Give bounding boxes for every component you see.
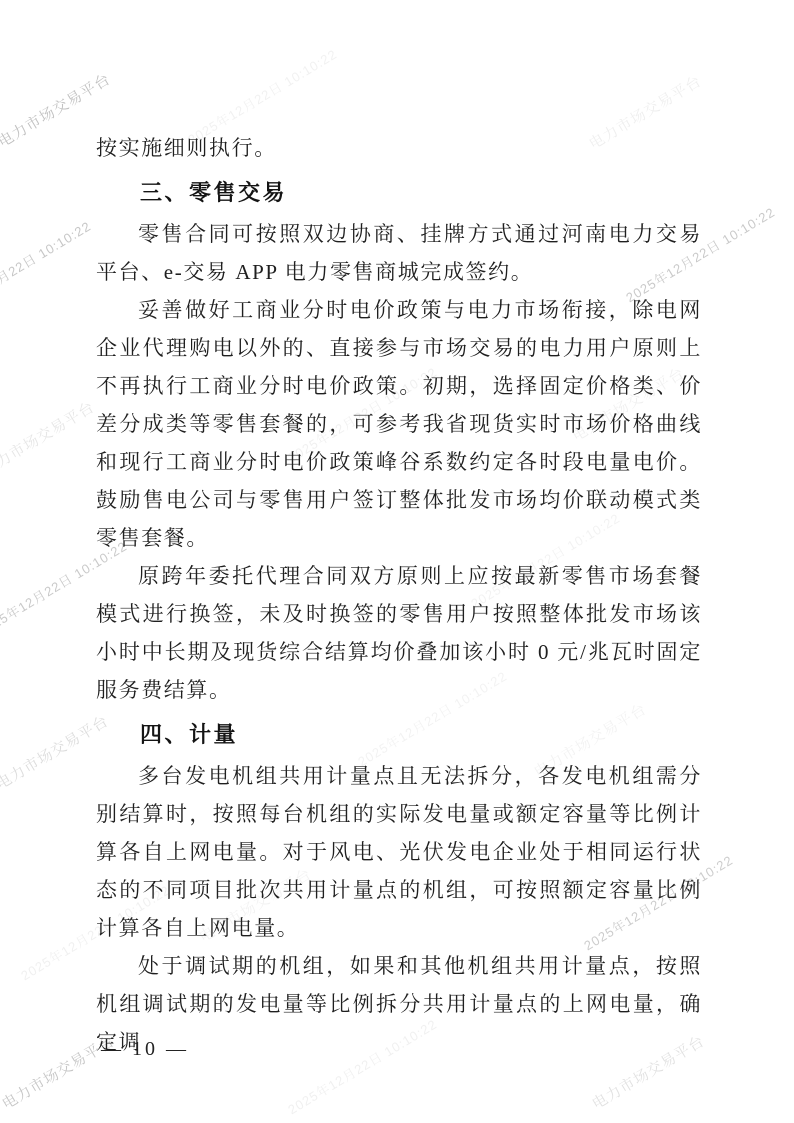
page-number: — 10 — <box>101 1038 189 1061</box>
section-heading: 三、零售交易 <box>96 174 702 212</box>
paragraph: 多台发电机组共用计量点且无法拆分，各发电机组需分别结算时，按照每台机组的实际发电… <box>96 757 702 947</box>
paragraph: 按实施细则执行。 <box>96 129 702 167</box>
paragraph: 零售合同可按照双边协商、挂牌方式通过河南电力交易平台、e-交易 APP 电力零售… <box>96 215 702 291</box>
section-heading: 四、计量 <box>96 716 702 754</box>
timestamp-watermark: 2025年12月22日 10:10:22 <box>0 216 94 320</box>
platform-watermark: 电力市场交易平台 <box>0 396 98 480</box>
document-content: 按实施细则执行。三、零售交易零售合同可按照双边协商、挂牌方式通过河南电力交易平台… <box>96 129 702 1061</box>
paragraph: 原跨年委托代理合同双方原则上应按最新零售市场套餐模式进行换签，未及时换签的零售用… <box>96 557 702 709</box>
document-page: 电力市场交易平台2025年12月22日 10:10:22电力市场交易平台2025… <box>0 0 794 1123</box>
paragraph: 妥善做好工商业分时电价政策与电力市场衔接，除电网企业代理购电以外的、直接参与市场… <box>96 291 702 557</box>
